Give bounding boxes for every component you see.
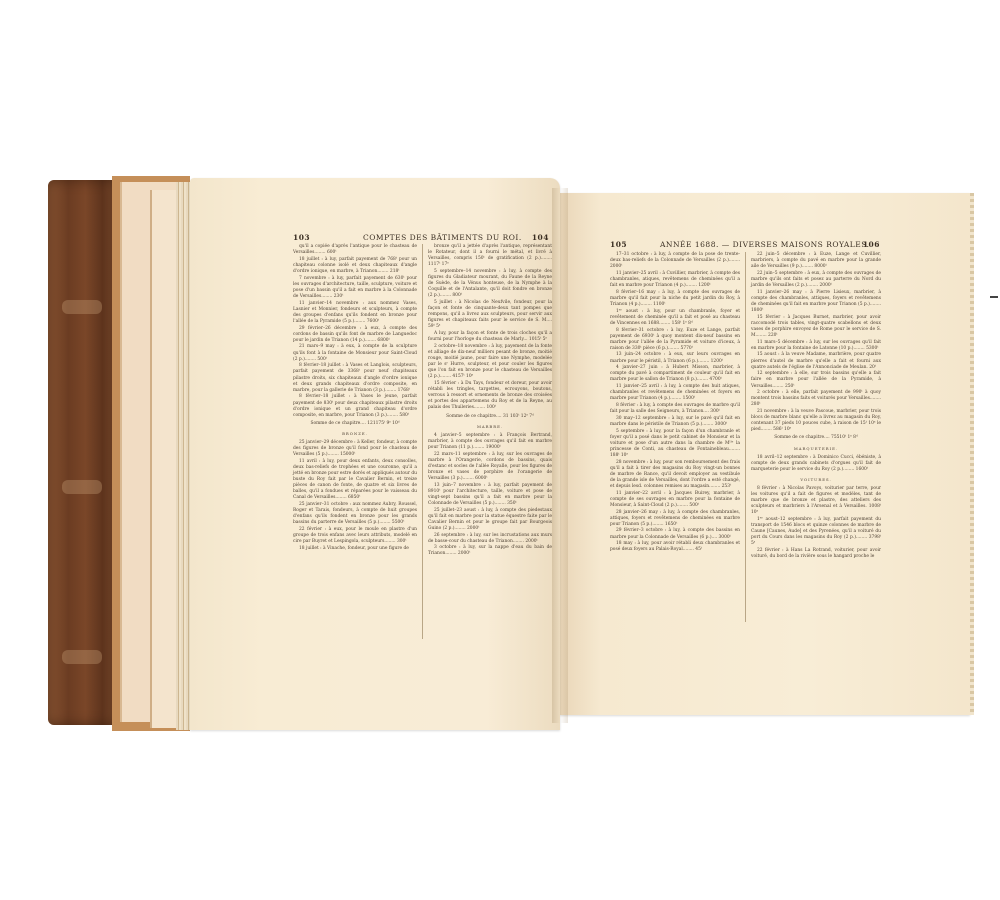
account-entry: 28 janvier–26 may : à luy, à compte des … (610, 510, 740, 528)
account-entry: 22 juin–5 septembre : à eux, à compte de… (751, 271, 881, 289)
section-heading: BRONZE. (293, 431, 417, 437)
chapter-sum: Somme de ce chapitre.... 121175ᵗ 9ˢ 10ᵈ (293, 421, 417, 427)
chapter-sum: Somme de ce chapitre.... 31 103ᵗ 12ˢ 7ᵈ (428, 414, 552, 420)
account-entry: 29 février–3 octobre : à luy, à compte d… (610, 528, 740, 540)
account-entry: 11 janvier–26 may : à Pierre Lisieux, ma… (751, 290, 881, 314)
account-entry: 8 février–31 octobre : à luy, Euze et La… (610, 328, 740, 352)
account-entry: 11 janvier–14 novembre : aux nommez Vase… (293, 301, 417, 325)
account-entry: 22 juin–5 décembre : à Euze, Lange et Cu… (751, 252, 881, 270)
cover-wear-mark (62, 650, 102, 664)
account-entry: 28 novembre : à luy, pour son remboursem… (610, 460, 740, 490)
account-entry: 30 may–12 septembre : à luy, sur le pavé… (610, 416, 740, 428)
account-entry: 13 juin–7 novembre : à luy, parfait paye… (428, 483, 552, 507)
account-entry: 15 février : à Jacques Burnet, marbrier,… (751, 315, 881, 339)
account-entry: 15 février : à Du Tays, fondeur et doreu… (428, 381, 552, 411)
account-entry: 13 juin–24 octobre : à eux, sur leurs ou… (610, 352, 740, 364)
section-heading: MARQUETERIE. (751, 446, 881, 452)
left-page-column-2: bronze qu'il a jettée d'après l'antique,… (428, 244, 552, 558)
page-number: 106 (863, 240, 880, 249)
account-entry: 11 janvier–25 avril : à Cuvillier, marbr… (610, 271, 740, 289)
chapter-sum: Somme de ce chapitre.... 75510ᵗ 1ˢ 8ᵈ (751, 435, 881, 441)
account-entry: 8 février–18 juillet : à Vases le jeune,… (293, 394, 417, 418)
account-entry: 4 janvier–27 juin : à Hubert Misson, mar… (610, 365, 740, 383)
account-entry: 8 février : à luy, à compte des ouvrages… (610, 403, 740, 415)
account-entry: 1ᵉʳ aoust : à luy, pour un chambranle, f… (610, 309, 740, 327)
book-leather-cover (48, 180, 116, 725)
account-entry: 25 juillet–23 aoust : à luy, à compte de… (428, 508, 552, 532)
account-entry: 12 septembre : à elle, sur trois bassins… (751, 371, 881, 389)
page-number: 105 (610, 240, 627, 249)
account-entry: 21 mars–9 may : à eux, à compte de la sc… (293, 344, 417, 362)
account-entry: qu'il a copiée d'après l'antique pour le… (293, 244, 417, 256)
page-number: 103 (293, 233, 310, 242)
left-page-column-1: qu'il a copiée d'après l'antique pour le… (293, 244, 417, 553)
account-entry: 5 juillet : à Nicolas de Neufvile, fonde… (428, 300, 552, 330)
account-entry: 2 octobre : à elle, parfait payement de … (751, 390, 881, 408)
account-entry: 7 novembre : à luy, parfait payement de … (293, 276, 417, 300)
account-entry: 2 octobre–18 novembre : à luy, payement … (428, 344, 552, 381)
cover-wear-mark (62, 300, 102, 314)
account-entry: 5 septembre–14 novembre : à luy, à compt… (428, 269, 552, 299)
account-entry: 18 avril–12 septembre : à Dominico Cucci… (751, 455, 881, 473)
account-entry: 22 février : à eux, pour le moule en pla… (293, 527, 417, 545)
account-entry: 8 février : à Nicolas Pavoys, voiturier … (751, 486, 881, 516)
running-head: COMPTES DES BÂTIMENTS DU ROI. (363, 233, 522, 242)
account-entry: 29 février–26 décembre : à eux, à compte… (293, 326, 417, 344)
right-page-column-1: 17–31 octobre : à luy, à compte de la po… (610, 252, 740, 554)
account-entry: bronze qu'il a jettée d'après l'antique,… (428, 244, 552, 268)
account-entry: 17–31 octobre : à luy, à compte de la po… (610, 252, 740, 270)
account-entry: 18 may : à luy, pour avoir rétabli deux … (610, 541, 740, 553)
account-entry: 18 juillet : à Vinache, fondeur, pour un… (293, 546, 417, 552)
section-heading: VOITURES. (751, 477, 881, 483)
account-entry: 8 février–18 juillet : à Vases et Langlo… (293, 363, 417, 393)
account-entry: 25 janvier–31 octobre : aux nommez Aubry… (293, 502, 417, 526)
account-entry: 4 janvier–5 septembre : à François Bertr… (428, 433, 552, 451)
account-entry: 26 septembre : à luy, sur les incrustati… (428, 533, 552, 545)
account-entry: 18 juillet : à luy, parfait payement de … (293, 257, 417, 275)
account-entry: 22 février : à Hans La Rotrand, voiturie… (751, 548, 881, 560)
right-page-column-2: 22 juin–5 décembre : à Euze, Lange et Cu… (751, 252, 881, 561)
page-number: 104 (532, 233, 549, 242)
stray-mark (990, 296, 998, 298)
account-entry: 22 mars–11 septembre : à luy, sur les ou… (428, 452, 552, 482)
account-entry: 1ᵉʳ aoust–12 septembre : à luy, parfait … (751, 517, 881, 547)
account-entry: 5 septembre : à luy, pour la façon d'un … (610, 429, 740, 459)
account-entry: 11 janvier–22 avril : à Jacques Buirey, … (610, 491, 740, 509)
account-entry: 3 octobre : à luy, sur la nappe d'eau du… (428, 545, 552, 557)
running-head: ANNÉE 1688. — DIVERSES MAISONS ROYALES. (660, 240, 869, 249)
book-gutter (552, 188, 568, 723)
account-entry: A luy, pour la façon et fonte de trois c… (428, 331, 552, 343)
account-entry: 21 novembre : à la veuve Pascoue, marbri… (751, 409, 881, 433)
account-entry: 8 février–16 may : à luy, à compte des o… (610, 290, 740, 308)
account-entry: 25 janvier–29 décembre : à Keller, fonde… (293, 440, 417, 458)
account-entry: 11 janvier–25 avril : à luy, à compte de… (610, 384, 740, 402)
account-entry: 15 aoust : à la veuve Madame, marbrière,… (751, 352, 881, 370)
cover-wear-mark (62, 480, 102, 494)
column-rule (422, 244, 423, 639)
account-entry: 11 mars–5 décembre : à luy, sur les ouvr… (751, 340, 881, 352)
section-heading: MARBRE. (428, 424, 552, 430)
column-rule (745, 252, 746, 622)
account-entry: 11 avril : à luy, pour deux enfants, deu… (293, 459, 417, 502)
